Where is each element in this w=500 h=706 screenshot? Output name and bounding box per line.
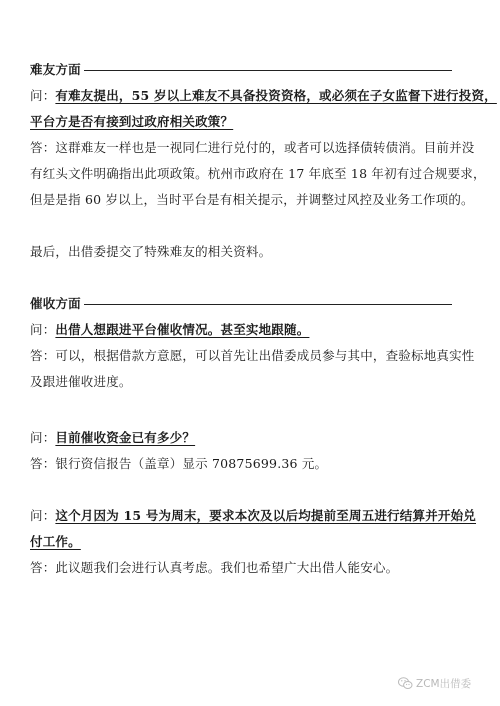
section-title: 催收方面 [30, 296, 81, 312]
answer-4: 答：此议题我们会进行认真考虑。我们也希望广大出借人能安心。 [30, 560, 398, 576]
answer-2-line-1: 答：可以，根据借款方意愿，可以首先让出借委成员参与其中，查验标地真实性 [30, 348, 475, 364]
question-1-line-1: 问：有难友提出，55 岁以上难友不具备投资资格，或必须在子女监督下进行投资， [30, 88, 497, 104]
question-prefix: 问： [30, 508, 55, 523]
question-prefix: 问： [30, 430, 55, 445]
answer-1-line-1: 答：这群难友一样也是一视同仁进行兑付的，或者可以选择债转债消。目前并没 [30, 140, 475, 156]
question-text: 出借人想跟进平台催收情况。甚至实地跟随。 [55, 322, 309, 337]
question-prefix: 问： [30, 88, 55, 103]
answer-2-line-2: 及跟进催收进度。 [30, 374, 132, 390]
answer-1-line-3: 但是是指 60 岁以上，当时平台是有相关提示，并调整过风控及业务工作项的。 [30, 192, 474, 208]
answer-1-line-2: 有红头文件明确指出此项政策。杭州市政府在 17 年底至 18 年初有过合规要求， [30, 166, 486, 182]
question-3: 问：目前催收资金已有多少？ [30, 430, 195, 446]
watermark-text: ZCM出借委 [416, 676, 471, 691]
section-heading-cuishou: 催收方面 [30, 296, 452, 312]
question-4-line-1: 问：这个月因为 15 号为周末，要求本次及以后均提前至周五进行结算并开始兑 [30, 508, 476, 524]
question-2: 问：出借人想跟进平台催收情况。甚至实地跟随。 [30, 322, 309, 338]
question-text: 付工作。 [30, 534, 81, 549]
section-heading-nanyou: 难友方面 [30, 62, 452, 78]
question-text: 这个月因为 15 号为周末，要求本次及以后均提前至周五进行结算并开始兑 [55, 508, 476, 523]
question-text: 有难友提出，55 岁以上难友不具备投资资格，或必须在子女监督下进行投资， [55, 88, 496, 103]
closing-note: 最后，出借委提交了特殊难友的相关资料。 [30, 244, 271, 260]
watermark: ZCM出借委 [398, 676, 471, 691]
question-text: 目前催收资金已有多少？ [55, 430, 195, 445]
question-4-line-2: 付工作。 [30, 534, 81, 550]
question-1-line-2: 平台方是否有接到过政府相关政策？ [30, 114, 233, 130]
wechat-icon [398, 677, 413, 690]
section-rule [84, 304, 452, 305]
question-text: 平台方是否有接到过政府相关政策？ [30, 114, 233, 129]
question-prefix: 问： [30, 322, 55, 337]
section-rule [84, 70, 452, 71]
section-title: 难友方面 [30, 62, 81, 78]
answer-3: 答：银行资信报告（盖章）显示 70875699.36 元。 [30, 456, 327, 472]
